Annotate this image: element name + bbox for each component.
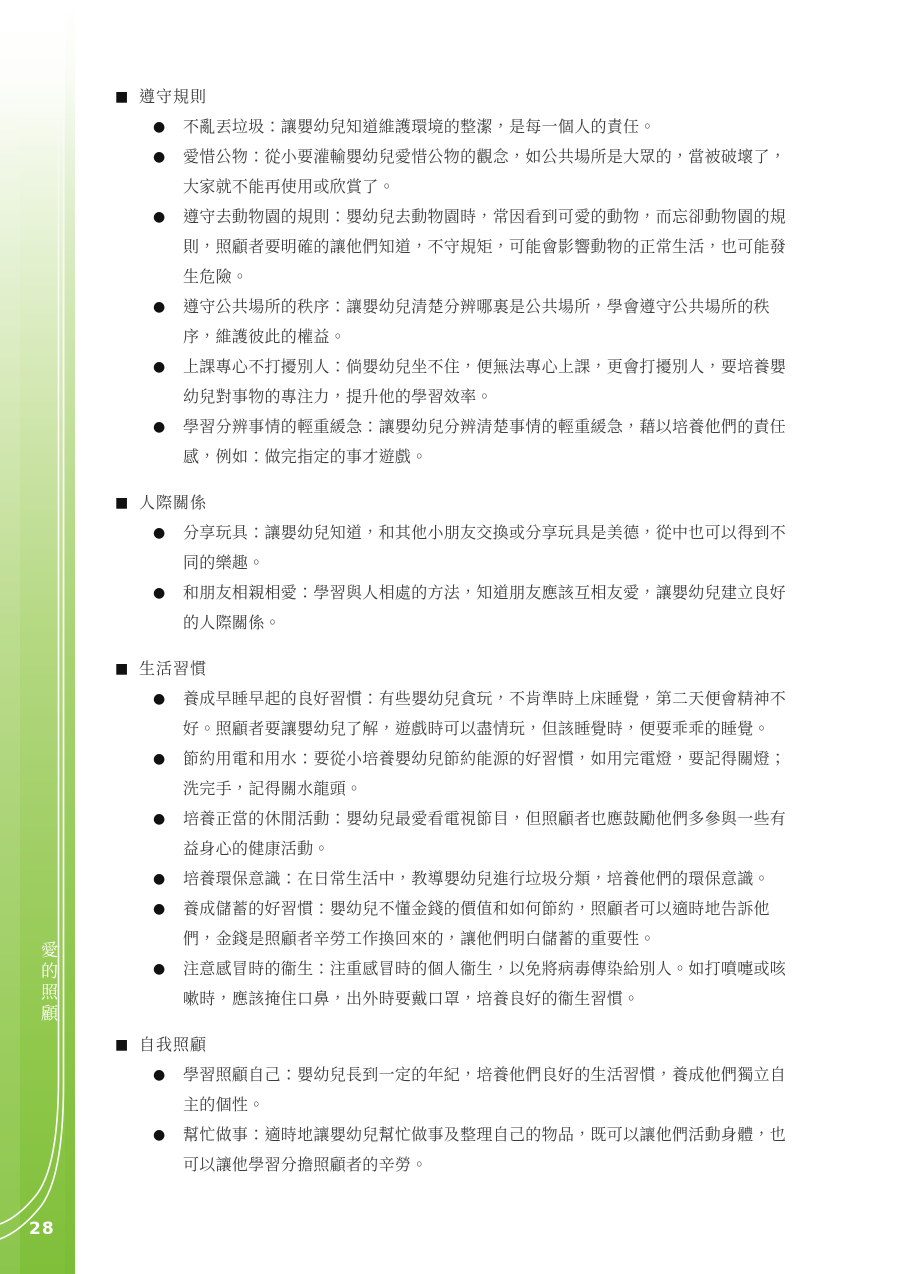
bullet-dot-icon: ● — [153, 894, 168, 924]
bullet-text: 遵守公共場所的秩序：讓嬰幼兒清楚分辨哪裏是公共場所，學會遵守公共場所的秩序，維護… — [183, 292, 770, 352]
bullet-dot-icon: ● — [153, 352, 168, 382]
bullet-dot-icon: ● — [153, 1120, 168, 1150]
content-section: ■自我照顧●學習照顧自己：嬰幼兒長到一定的年紀，培養他們良好的生活習慣，養成他們… — [115, 1030, 815, 1180]
bullet-dot-icon: ● — [153, 578, 168, 608]
bullet-dot-icon: ● — [153, 518, 168, 548]
book-page: 第一章 愛的照顧 28 ■遵守規則●不亂丟垃圾：讓嬰幼兒知道維護環境的整潔，是每… — [0, 0, 900, 1274]
bullet-text-line: 的人際關係。 — [183, 608, 786, 638]
section-header: ■自我照顧 — [115, 1030, 815, 1060]
bullet-text-line: 則，照顧者要明確的讓他們知道，不守規矩，可能會影響動物的正常生活，也可能發 — [183, 232, 786, 262]
bullet-item: ●注意感冒時的衞生：注重感冒時的個人衞生，以免將病毒傳染給別人。如打噴嚏或咳嗽時… — [115, 954, 815, 1014]
bullet-text: 培養正當的休閒活動：嬰幼兒最愛看電視節目，但照顧者也應鼓勵他們多參與一些有益身心… — [183, 804, 786, 864]
bullet-item: ●學習照顧自己：嬰幼兒長到一定的年紀，培養他們良好的生活習慣，養成他們獨立自主的… — [115, 1060, 815, 1120]
bullet-item: ●分享玩具：讓嬰幼兒知道，和其他小朋友交換或分享玩具是美德，從中也可以得到不同的… — [115, 518, 815, 578]
bullet-text-line: 幼兒對事物的專注力，提升他的學習效率。 — [183, 382, 786, 412]
bullet-text-line: 嗽時，應該掩住口鼻，出外時要戴口罩，培養良好的衞生習慣。 — [183, 984, 786, 1014]
bullet-dot-icon: ● — [153, 684, 168, 714]
section-title: 人際關係 — [139, 488, 207, 518]
bullet-text-line: 們，金錢是照顧者辛勞工作換回來的，讓他們明白儲蓄的重要性。 — [183, 924, 770, 954]
bullet-dot-icon: ● — [153, 112, 168, 142]
bullet-text-line: 感，例如：做完指定的事才遊戲。 — [183, 442, 786, 472]
section-square-icon: ■ — [115, 1030, 130, 1060]
section-header: ■人際關係 — [115, 488, 815, 518]
section-square-icon: ■ — [115, 654, 130, 684]
bullet-dot-icon: ● — [153, 954, 168, 984]
bullet-dot-icon: ● — [153, 864, 168, 894]
bullet-item: ●培養環保意識：在日常生活中，教導嬰幼兒進行垃圾分類，培養他們的環保意識。 — [115, 864, 815, 894]
content-section: ■遵守規則●不亂丟垃圾：讓嬰幼兒知道維護環境的整潔，是每一個人的責任。●愛惜公物… — [115, 82, 815, 472]
bullet-item: ●培養正當的休閒活動：嬰幼兒最愛看電視節目，但照顧者也應鼓勵他們多參與一些有益身… — [115, 804, 815, 864]
bullet-text-line: 幫忙做事：適時地讓嬰幼兒幫忙做事及整理自己的物品，既可以讓他們活動身體，也 — [183, 1120, 786, 1150]
bullet-text-line: 可以讓他學習分擔照顧者的辛勞。 — [183, 1150, 786, 1180]
bullet-text-line: 洗完手，記得關水龍頭。 — [183, 774, 786, 804]
bullet-dot-icon: ● — [153, 744, 168, 774]
bullet-text: 遵守去動物園的規則：嬰幼兒去動物園時，常因看到可愛的動物，而忘卻動物園的規則，照… — [183, 202, 786, 292]
bullet-text-line: 養成早睡早起的良好習慣：有些嬰幼兒貪玩，不肯準時上床睡覺，第二天便會精神不 — [183, 684, 786, 714]
bullet-item: ●學習分辨事情的輕重緩急：讓嬰幼兒分辨清楚事情的輕重緩急，藉以培養他們的責任感，… — [115, 412, 815, 472]
bullet-text: 和朋友相親相愛：學習與人相處的方法，知道朋友應該互相友愛，讓嬰幼兒建立良好的人際… — [183, 578, 786, 638]
bullet-item: ●不亂丟垃圾：讓嬰幼兒知道維護環境的整潔，是每一個人的責任。 — [115, 112, 815, 142]
bullet-text: 上課專心不打擾別人：倘嬰幼兒坐不住，便無法專心上課，更會打擾別人，要培養嬰幼兒對… — [183, 352, 786, 412]
bullet-text: 愛惜公物：從小要灌輸嬰幼兒愛惜公物的觀念，如公共場所是大眾的，當被破壞了，大家就… — [183, 142, 786, 202]
page-content: ■遵守規則●不亂丟垃圾：讓嬰幼兒知道維護環境的整潔，是每一個人的責任。●愛惜公物… — [115, 0, 815, 1180]
section-title: 遵守規則 — [139, 82, 207, 112]
bullet-item: ●遵守公共場所的秩序：讓嬰幼兒清楚分辨哪裏是公共場所，學會遵守公共場所的秩序，維… — [115, 292, 815, 352]
bullet-text: 注意感冒時的衞生：注重感冒時的個人衞生，以免將病毒傳染給別人。如打噴嚏或咳嗽時，… — [183, 954, 786, 1014]
bullet-item: ●上課專心不打擾別人：倘嬰幼兒坐不住，便無法專心上課，更會打擾別人，要培養嬰幼兒… — [115, 352, 815, 412]
sidebar-light-band — [0, 0, 20, 1274]
chapter-sidebar: 第一章 愛的照顧 28 — [0, 0, 75, 1274]
bullet-text-line: 序，維護彼此的權益。 — [183, 322, 770, 352]
bullet-text-line: 學習分辨事情的輕重緩急：讓嬰幼兒分辨清楚事情的輕重緩急，藉以培養他們的責任 — [183, 412, 786, 442]
section-square-icon: ■ — [115, 488, 130, 518]
bullet-text-line: 和朋友相親相愛：學習與人相處的方法，知道朋友應該互相友愛，讓嬰幼兒建立良好 — [183, 578, 786, 608]
bullet-dot-icon: ● — [153, 1060, 168, 1090]
bullet-text-line: 大家就不能再使用或欣賞了。 — [183, 172, 786, 202]
bullet-text-line: 培養環保意識：在日常生活中，教導嬰幼兒進行垃圾分類，培養他們的環保意識。 — [183, 864, 770, 894]
chapter-label: 第一章 愛的照顧 — [35, 941, 99, 1025]
bullet-text-line: 培養正當的休閒活動：嬰幼兒最愛看電視節目，但照顧者也應鼓勵他們多參與一些有 — [183, 804, 786, 834]
bullet-text: 幫忙做事：適時地讓嬰幼兒幫忙做事及整理自己的物品，既可以讓他們活動身體，也可以讓… — [183, 1120, 786, 1180]
bullet-text-line: 節約用電和用水：要從小培養嬰幼兒節約能源的好習慣，如用完電燈，要記得關燈； — [183, 744, 786, 774]
content-section: ■生活習慣●養成早睡早起的良好習慣：有些嬰幼兒貪玩，不肯準時上床睡覺，第二天便會… — [115, 654, 815, 1014]
bullet-text-line: 生危險。 — [183, 262, 786, 292]
bullet-dot-icon: ● — [153, 412, 168, 442]
bullet-text-line: 遵守去動物園的規則：嬰幼兒去動物園時，常因看到可愛的動物，而忘卻動物園的規 — [183, 202, 786, 232]
bullet-text-line: 分享玩具：讓嬰幼兒知道，和其他小朋友交換或分享玩具是美德，從中也可以得到不 — [183, 518, 786, 548]
chapter-title: 愛的照顧 — [35, 941, 60, 1025]
chapter-number: 第一章 — [74, 941, 99, 1025]
bullet-text-line: 不亂丟垃圾：讓嬰幼兒知道維護環境的整潔，是每一個人的責任。 — [183, 112, 656, 142]
bullet-dot-icon: ● — [153, 202, 168, 232]
bullet-text-line: 注意感冒時的衞生：注重感冒時的個人衞生，以免將病毒傳染給別人。如打噴嚏或咳 — [183, 954, 786, 984]
bullet-text-line: 學習照顧自己：嬰幼兒長到一定的年紀，培養他們良好的生活習慣，養成他們獨立自 — [183, 1060, 786, 1090]
sidebar-dark-band — [65, 0, 75, 1274]
bullet-text: 學習照顧自己：嬰幼兒長到一定的年紀，培養他們良好的生活習慣，養成他們獨立自主的個… — [183, 1060, 786, 1120]
bullet-text-line: 同的樂趣。 — [183, 548, 786, 578]
section-title: 自我照顧 — [139, 1030, 207, 1060]
bullet-text: 節約用電和用水：要從小培養嬰幼兒節約能源的好習慣，如用完電燈，要記得關燈；洗完手… — [183, 744, 786, 804]
bullet-text: 養成儲蓄的好習慣：嬰幼兒不懂金錢的價值和如何節約，照顧者可以適時地告訴他們，金錢… — [183, 894, 770, 954]
bullet-text-line: 益身心的健康活動。 — [183, 834, 786, 864]
bullet-item: ●節約用電和用水：要從小培養嬰幼兒節約能源的好習慣，如用完電燈，要記得關燈；洗完… — [115, 744, 815, 804]
bullet-text: 不亂丟垃圾：讓嬰幼兒知道維護環境的整潔，是每一個人的責任。 — [183, 112, 656, 142]
bullet-text-line: 上課專心不打擾別人：倘嬰幼兒坐不住，便無法專心上課，更會打擾別人，要培養嬰 — [183, 352, 786, 382]
bullet-text-line: 主的個性。 — [183, 1090, 786, 1120]
bullet-text-line: 好。照顧者要讓嬰幼兒了解，遊戲時可以盡情玩，但該睡覺時，便要乖乖的睡覺。 — [183, 714, 786, 744]
section-title: 生活習慣 — [139, 654, 207, 684]
bullet-item: ●和朋友相親相愛：學習與人相處的方法，知道朋友應該互相友愛，讓嬰幼兒建立良好的人… — [115, 578, 815, 638]
bullet-text-line: 愛惜公物：從小要灌輸嬰幼兒愛惜公物的觀念，如公共場所是大眾的，當被破壞了， — [183, 142, 786, 172]
page-number: 28 — [29, 1219, 55, 1239]
sidebar-gradient-artwork — [0, 0, 75, 1274]
bullet-dot-icon: ● — [153, 804, 168, 834]
bullet-item: ●遵守去動物園的規則：嬰幼兒去動物園時，常因看到可愛的動物，而忘卻動物園的規則，… — [115, 202, 815, 292]
bullet-text-line: 養成儲蓄的好習慣：嬰幼兒不懂金錢的價值和如何節約，照顧者可以適時地告訴他 — [183, 894, 770, 924]
bullet-item: ●幫忙做事：適時地讓嬰幼兒幫忙做事及整理自己的物品，既可以讓他們活動身體，也可以… — [115, 1120, 815, 1180]
bullet-item: ●愛惜公物：從小要灌輸嬰幼兒愛惜公物的觀念，如公共場所是大眾的，當被破壞了，大家… — [115, 142, 815, 202]
content-section: ■人際關係●分享玩具：讓嬰幼兒知道，和其他小朋友交換或分享玩具是美德，從中也可以… — [115, 488, 815, 638]
section-header: ■生活習慣 — [115, 654, 815, 684]
bullet-text: 分享玩具：讓嬰幼兒知道，和其他小朋友交換或分享玩具是美德，從中也可以得到不同的樂… — [183, 518, 786, 578]
bullet-text-line: 遵守公共場所的秩序：讓嬰幼兒清楚分辨哪裏是公共場所，學會遵守公共場所的秩 — [183, 292, 770, 322]
bullet-item: ●養成早睡早起的良好習慣：有些嬰幼兒貪玩，不肯準時上床睡覺，第二天便會精神不好。… — [115, 684, 815, 744]
bullet-item: ●養成儲蓄的好習慣：嬰幼兒不懂金錢的價值和如何節約，照顧者可以適時地告訴他們，金… — [115, 894, 815, 954]
bullet-text: 學習分辨事情的輕重緩急：讓嬰幼兒分辨清楚事情的輕重緩急，藉以培養他們的責任感，例… — [183, 412, 786, 472]
bullet-text: 養成早睡早起的良好習慣：有些嬰幼兒貪玩，不肯準時上床睡覺，第二天便會精神不好。照… — [183, 684, 786, 744]
bullet-dot-icon: ● — [153, 142, 168, 172]
section-square-icon: ■ — [115, 82, 130, 112]
bullet-dot-icon: ● — [153, 292, 168, 322]
bullet-text: 培養環保意識：在日常生活中，教導嬰幼兒進行垃圾分類，培養他們的環保意識。 — [183, 864, 770, 894]
section-header: ■遵守規則 — [115, 82, 815, 112]
